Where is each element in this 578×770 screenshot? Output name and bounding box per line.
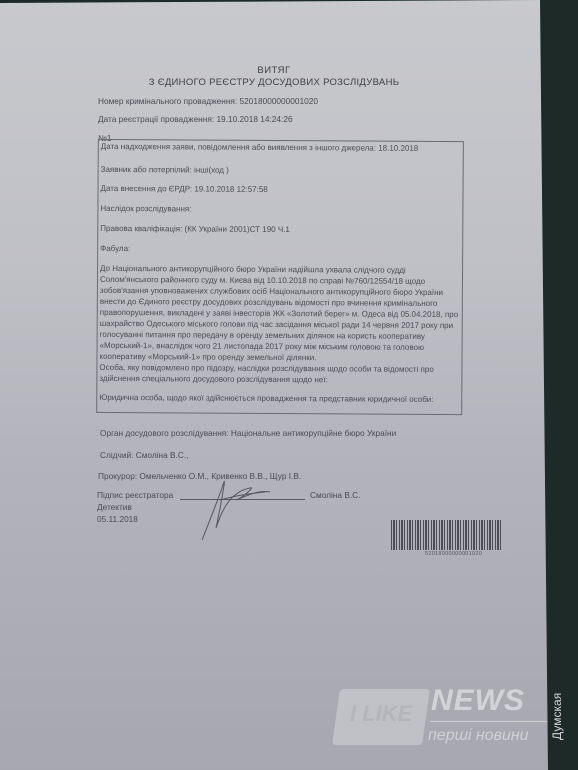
fabula-label: Фабула: <box>100 244 130 253</box>
signed-date: 05.11.2018 <box>97 514 138 524</box>
watermark-tagline: перші новини <box>428 727 529 745</box>
barcode-number: 52018000000001020 <box>425 551 482 557</box>
investigator: Слідчий: Смоліна В.С., <box>100 450 188 460</box>
registration-date: Дата реєстрації провадження: 19.10.2018 … <box>98 114 293 124</box>
erdr-date: Дата внесення до ЄРДР: 19.10.2018 12:57:… <box>101 184 268 194</box>
investigation-result: Наслідок розслідування: <box>100 204 191 214</box>
document-subtitle: З ЄДИНОГО РЕЄСТРУ ДОСУДОВИХ РОЗСЛІДУВАНЬ <box>0 77 548 88</box>
registrar-position: Детектив <box>97 502 132 512</box>
receipt-date: Дата надходження заяви, повідомлення або… <box>101 142 419 153</box>
watermark-brand-left: I LIKE <box>350 701 412 727</box>
signature <box>190 470 300 550</box>
registrar-name: Смоліна В.С. <box>310 490 360 500</box>
document-page: ВИТЯГ З ЄДИНОГО РЕЄСТРУ ДОСУДОВИХ РОЗСЛІ… <box>0 0 548 770</box>
watermark-source: Думская <box>550 693 564 740</box>
suspect-info: Особа, яку повідомлено про підозру, насл… <box>99 362 461 386</box>
watermark-divider <box>430 721 550 722</box>
investigating-body: Орган досудового розслідування: Націонал… <box>100 428 396 438</box>
legal-entity: Юридична особа, щодо якої здійснюється п… <box>99 393 433 404</box>
entry-box: Дата надходження заяви, повідомлення або… <box>96 139 464 415</box>
case-number: Номер кримінального провадження: 5201800… <box>98 96 318 106</box>
document-title: ВИТЯГ <box>0 65 548 76</box>
legal-qualification: Правова кваліфікація: (КК України 2001)С… <box>100 224 290 234</box>
barcode <box>391 520 501 550</box>
watermark-brand-right: NEWS <box>431 684 525 718</box>
fabula-text: До Національного антикорупційного бюро У… <box>99 263 462 364</box>
applicant: Заявник або потерпілий: інші(ход ) <box>101 165 229 175</box>
registrar-signature-label: Підпис реєстратора <box>97 490 173 500</box>
